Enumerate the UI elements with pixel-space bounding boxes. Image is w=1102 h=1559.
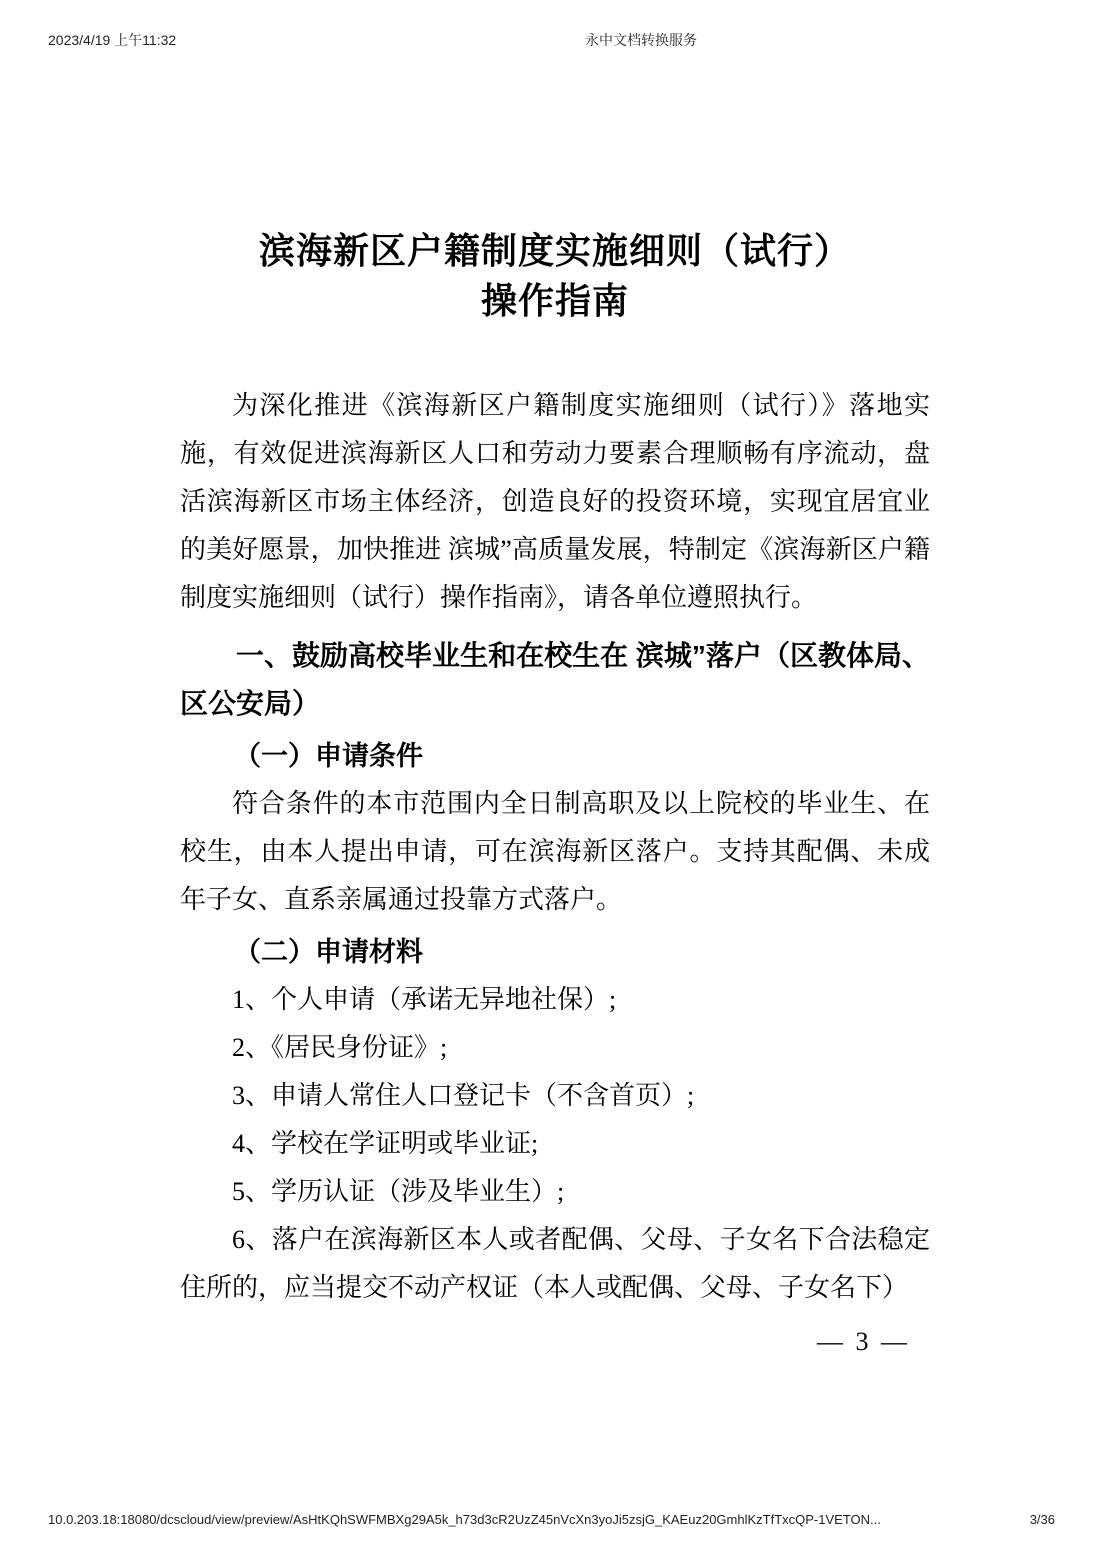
document-title: 滨海新区户籍制度实施细则（试行）操作指南 <box>180 226 930 326</box>
subsection1-heading-application-conditions: （一）申请条件 <box>180 732 930 780</box>
section1-heading: 一、鼓励高校毕业生和在校生在 滨城”落户（区教体局、区公安局） <box>180 632 930 728</box>
print-header-service-name: 永中文档转换服务 <box>585 30 697 50</box>
document-content: 滨海新区户籍制度实施细则（试行）操作指南 为深化推进《滨海新区户籍制度实施细则（… <box>180 226 930 1366</box>
subsection2-heading-application-materials: （二）申请材料 <box>180 928 930 976</box>
material-item-3: 3、申请人常住人口登记卡（不含首页）; <box>180 1072 930 1120</box>
print-preview-page: 2023/4/19 上午11:32 永中文档转换服务 滨海新区户籍制度实施细则（… <box>0 0 1102 1559</box>
intro-paragraph: 为深化推进《滨海新区户籍制度实施细则（试行）》落地实施，有效促进滨海新区人口和劳… <box>180 382 930 622</box>
material-item-1: 1、个人申请（承诺无异地社保）; <box>180 976 930 1024</box>
print-header-datetime: 2023/4/19 上午11:32 <box>48 30 176 50</box>
material-item-4: 4、学校在学证明或毕业证; <box>180 1120 930 1168</box>
document-title-line2: 操作指南 <box>481 281 629 321</box>
document-page-number: — 3 — <box>180 1318 930 1366</box>
material-item-5: 5、学历认证（涉及毕业生）; <box>180 1168 930 1216</box>
material-item-6: 6、落户在滨海新区本人或者配偶、父母、子女名下合法稳定住所的，应当提交不动产权证… <box>180 1216 930 1312</box>
print-footer-url: 10.0.203.18:18080/dcscloud/view/preview/… <box>48 1512 881 1527</box>
print-footer-page-indicator: 3/36 <box>1030 1512 1055 1527</box>
application-conditions-paragraph: 符合条件的本市范围内全日制高职及以上院校的毕业生、在校生，由本人提出申请，可在滨… <box>180 780 930 924</box>
document-title-line1: 滨海新区户籍制度实施细则（试行） <box>259 231 851 271</box>
material-item-2: 2、《居民身份证》; <box>180 1024 930 1072</box>
